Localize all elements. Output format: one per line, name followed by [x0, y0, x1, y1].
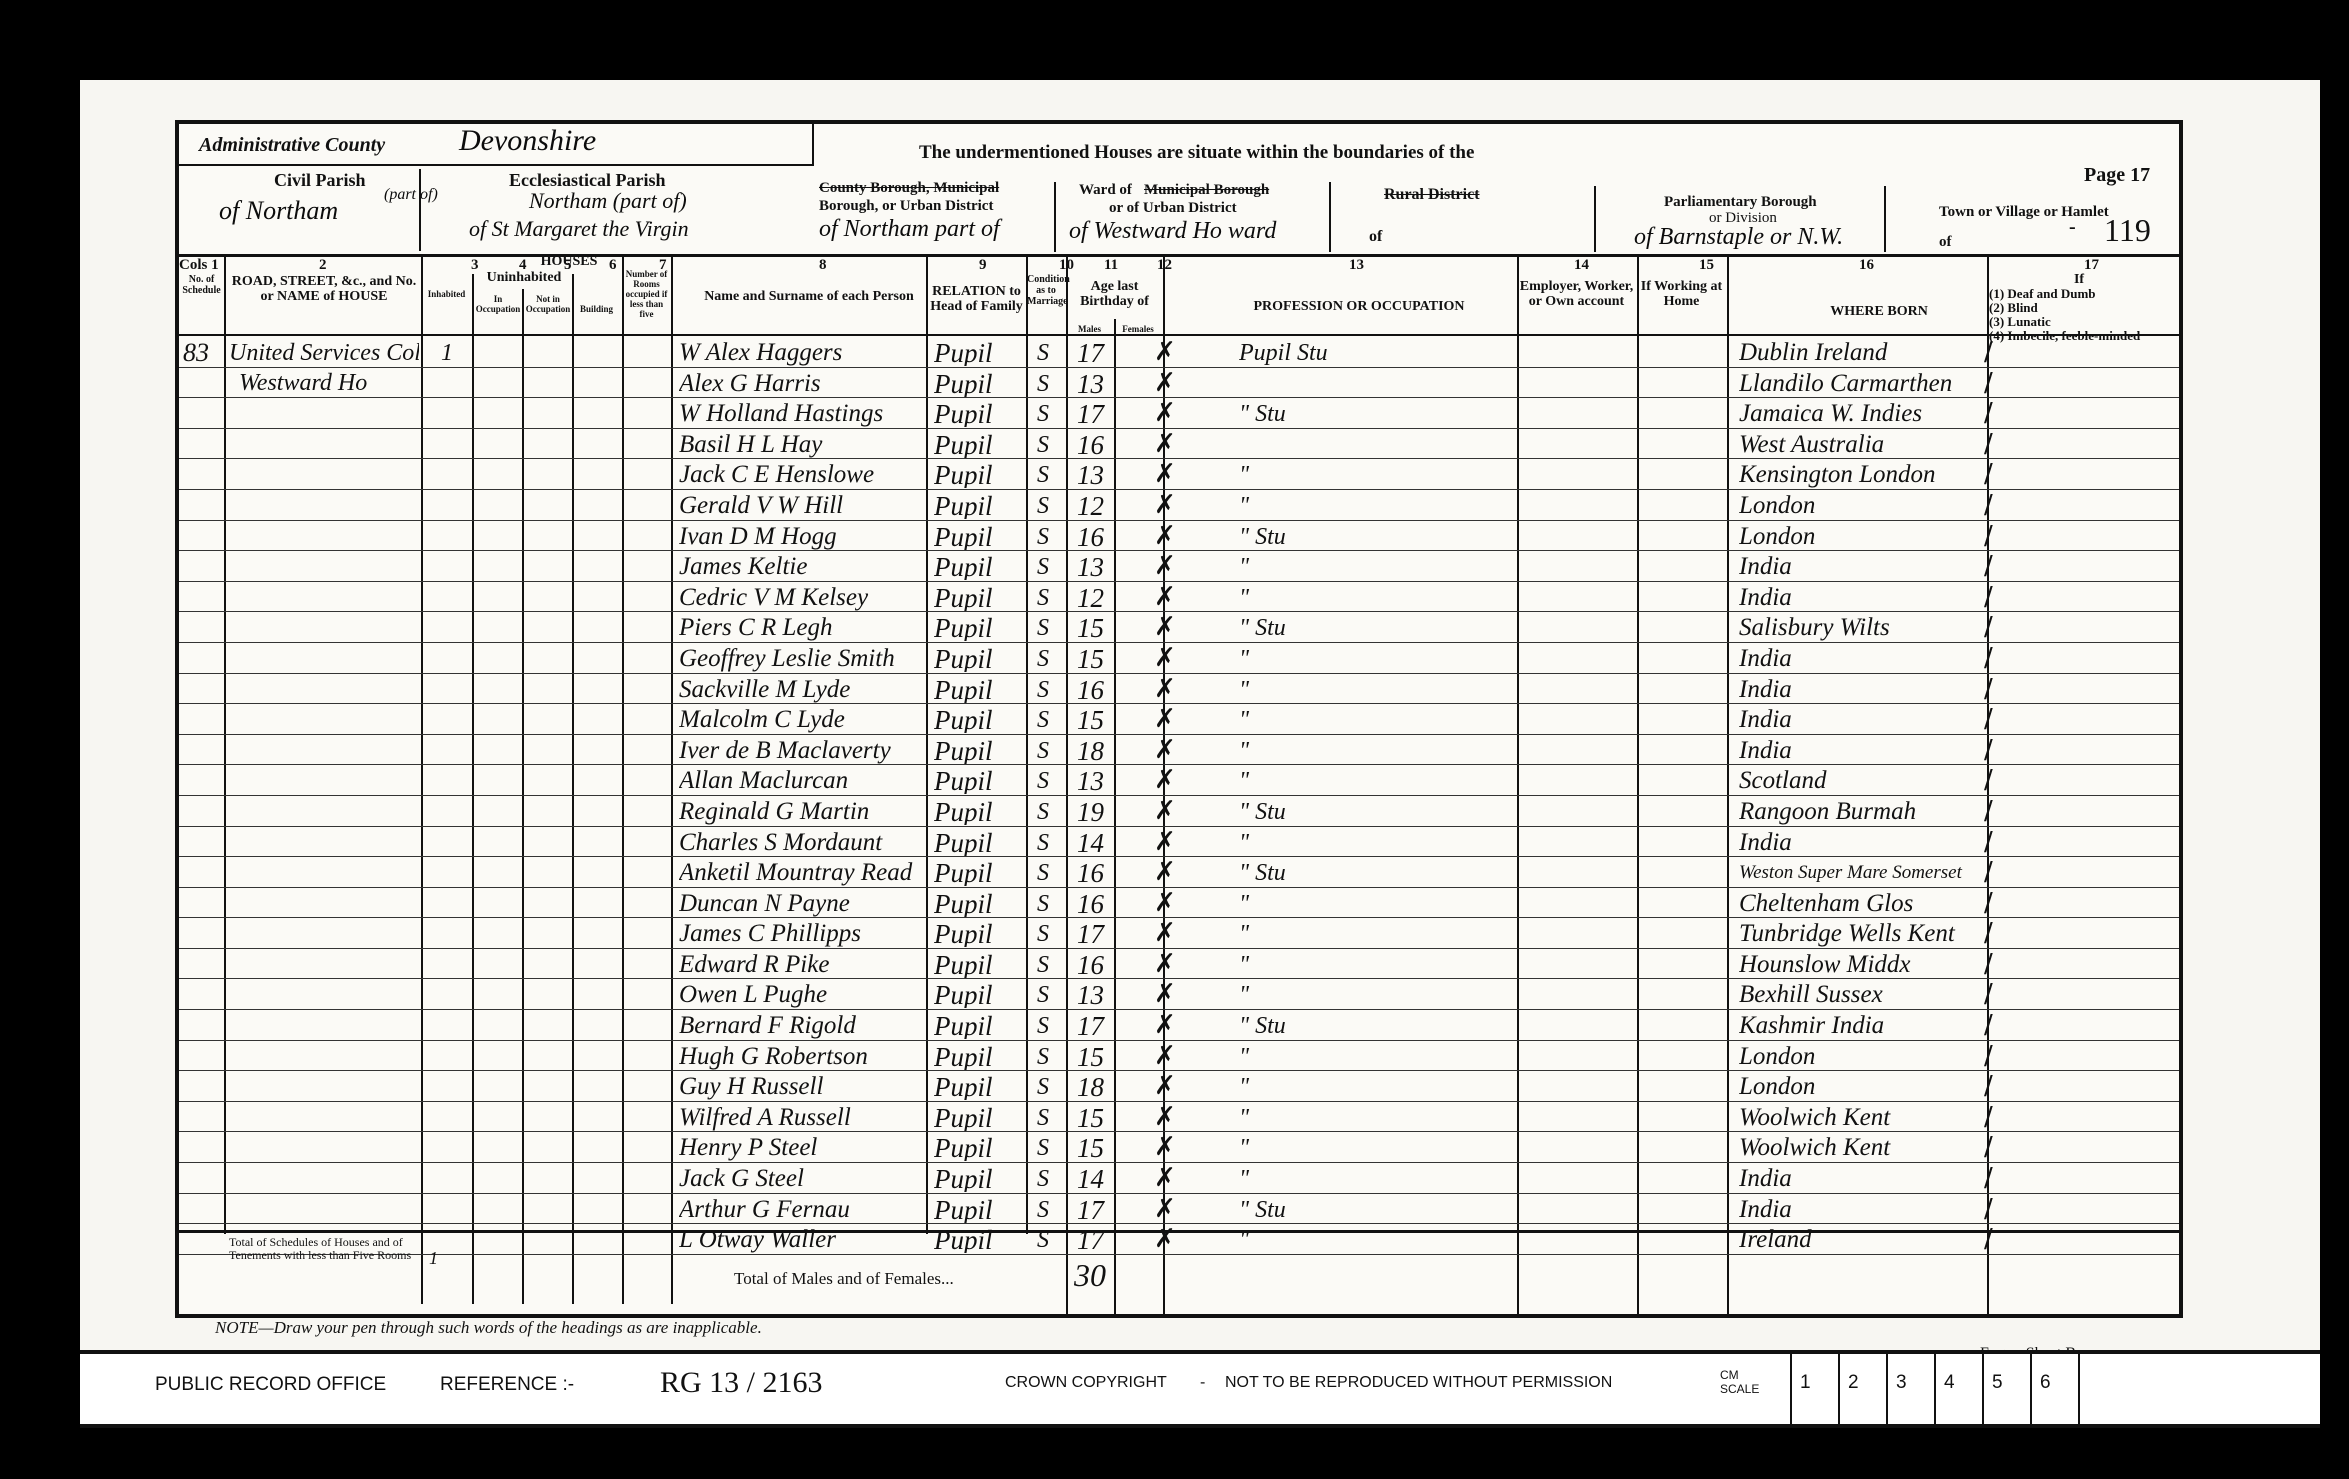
person-occupation: " Stu	[1239, 857, 1509, 886]
person-condition: S	[1037, 1041, 1065, 1070]
person-rows: W Alex HaggersPupilS17✗Pupil StuDublin I…	[179, 337, 2179, 1255]
separator: -	[1200, 1374, 1205, 1392]
admin-county-label: Administrative County	[199, 134, 385, 157]
checkmark-x-icon: ✗	[1154, 490, 1176, 519]
header-in-occupation: In Occupation	[474, 294, 522, 314]
col-number: 14	[1574, 257, 1589, 274]
person-occupation: "	[1239, 551, 1509, 580]
person-birthplace: Cheltenham Glos	[1739, 888, 1989, 917]
person-birthplace: London	[1739, 1071, 1989, 1100]
scale-mark: 3	[1886, 1354, 1934, 1424]
table-row: Allan MaclurcanPupilS13✗"Scotland/	[179, 765, 2179, 796]
town-label: Town or Village or Hamlet	[1939, 204, 2109, 221]
table-row: Jack G SteelPupilS14✗"India/	[179, 1163, 2179, 1194]
person-name: Basil H L Hay	[679, 429, 924, 458]
table-row: Geoffrey Leslie SmithPupilS15✗"India/	[179, 643, 2179, 674]
scale-end	[2078, 1354, 2138, 1424]
person-age-male: 18	[1077, 1071, 1113, 1100]
tick-icon: /	[1984, 918, 1993, 947]
person-occupation: "	[1239, 1071, 1509, 1100]
checkmark-x-icon: ✗	[1154, 1071, 1176, 1100]
tick-icon: /	[1984, 643, 1993, 672]
person-name: James Keltie	[679, 551, 924, 580]
census-form: Administrative County Devonshire The und…	[175, 120, 2183, 1318]
parliamentary-value: of Barnstaple or N.W.	[1634, 224, 1843, 251]
admin-county-value: Devonshire	[459, 124, 596, 158]
table-row: Sackville M LydePupilS16✗"India/	[179, 674, 2179, 705]
person-birthplace: India	[1739, 1163, 1989, 1192]
person-occupation: "	[1239, 827, 1509, 856]
person-age-male: 13	[1077, 765, 1113, 794]
header-age: Age last Birthday of	[1067, 279, 1162, 309]
ecclesiastical-parish-name: of St Margaret the Virgin	[469, 216, 689, 242]
person-relation: Pupil	[934, 735, 1024, 764]
person-birthplace: Kashmir India	[1739, 1010, 1989, 1039]
person-condition: S	[1037, 765, 1065, 794]
person-birthplace: Tunbridge Wells Kent	[1739, 918, 1989, 947]
county-borough-label: Borough, or Urban District	[819, 198, 993, 215]
person-occupation: "	[1239, 735, 1509, 764]
person-condition: S	[1037, 735, 1065, 764]
person-condition: S	[1037, 857, 1065, 886]
person-birthplace: Llandilo Carmarthen	[1739, 368, 1989, 397]
checkmark-x-icon: ✗	[1154, 582, 1176, 611]
person-relation: Pupil	[934, 1102, 1024, 1131]
checkmark-x-icon: ✗	[1154, 1194, 1176, 1223]
total-males-value: 30	[1074, 1259, 1106, 1299]
tick-icon: /	[1984, 1163, 1993, 1192]
header-houses: HOUSES	[479, 254, 659, 269]
person-birthplace: Weston Super Mare Somerset	[1739, 857, 1989, 886]
person-name: Charles S Mordaunt	[679, 827, 924, 856]
checkmark-x-icon: ✗	[1154, 979, 1176, 1008]
person-birthplace: India	[1739, 674, 1989, 703]
cm-scale: 1 2 3 4 5 6	[1790, 1354, 2138, 1424]
person-age-male: 16	[1077, 949, 1113, 978]
table-row: Alex G HarrisPupilS13✗Llandilo Carmarthe…	[179, 368, 2179, 399]
col-number: 2	[319, 257, 327, 274]
person-relation: Pupil	[934, 612, 1024, 641]
person-condition: S	[1037, 827, 1065, 856]
col-number: 15	[1699, 257, 1714, 274]
tick-icon: /	[1984, 368, 1993, 397]
tick-icon: /	[1984, 1194, 1993, 1223]
copyright-label: CROWN COPYRIGHT	[1005, 1374, 1167, 1392]
person-condition: S	[1037, 1194, 1065, 1223]
total-schedules-value: 1	[429, 1242, 438, 1271]
table-row: Ivan D M HoggPupilS16✗" StuLondon/	[179, 521, 2179, 552]
person-birthplace: India	[1739, 1194, 1989, 1223]
tick-icon: /	[1984, 674, 1993, 703]
tick-icon: /	[1984, 888, 1993, 917]
person-name: Henry P Steel	[679, 1132, 924, 1161]
checkmark-x-icon: ✗	[1154, 918, 1176, 947]
checkmark-x-icon: ✗	[1154, 398, 1176, 427]
person-relation: Pupil	[934, 337, 1024, 366]
table-row: L Otway WallerPupilS17✗"Ireland/	[179, 1224, 2179, 1255]
table-row: James C PhillippsPupilS17✗"Tunbridge Wel…	[179, 918, 2179, 949]
person-birthplace: Ireland	[1739, 1224, 1989, 1253]
divider	[419, 169, 421, 251]
person-condition: S	[1037, 704, 1065, 733]
header-rooms: Number of Rooms occupied if less than fi…	[624, 269, 669, 319]
person-age-male: 16	[1077, 521, 1113, 550]
person-occupation: " Stu	[1239, 398, 1509, 427]
checkmark-x-icon: ✗	[1154, 459, 1176, 488]
person-age-male: 19	[1077, 796, 1113, 825]
person-name: Arthur G Fernau	[679, 1194, 924, 1223]
infirmity-option: (3) Lunatic	[1989, 315, 2169, 329]
person-age-male: 12	[1077, 490, 1113, 519]
person-birthplace: Kensington London	[1739, 459, 1989, 488]
table-row: Iver de B MaclavertyPupilS18✗"India/	[179, 735, 2179, 766]
reference-label: REFERENCE :-	[440, 1374, 574, 1396]
person-name: Owen L Pughe	[679, 979, 924, 1008]
ward-label-struck: Municipal Borough	[1144, 182, 1269, 199]
checkmark-x-icon: ✗	[1154, 949, 1176, 978]
scale-mark: 1	[1790, 1354, 1838, 1424]
person-occupation: "	[1239, 1163, 1509, 1192]
tick-icon: /	[1984, 1041, 1993, 1070]
divider	[812, 124, 814, 166]
person-condition: S	[1037, 490, 1065, 519]
person-condition: S	[1037, 582, 1065, 611]
person-condition: S	[1037, 1010, 1065, 1039]
person-name: Anketil Mountray Read	[679, 857, 924, 886]
person-relation: Pupil	[934, 1163, 1024, 1192]
parliamentary-label: Parliamentary Borough	[1664, 194, 1817, 211]
table-row: Charles S MordauntPupilS14✗"India/	[179, 827, 2179, 858]
checkmark-x-icon: ✗	[1154, 1224, 1176, 1253]
person-condition: S	[1037, 337, 1065, 366]
town-value: of	[1939, 234, 1952, 251]
header-where-born: WHERE BORN	[1729, 304, 2029, 319]
tick-icon: /	[1984, 796, 1993, 825]
person-occupation: "	[1239, 979, 1509, 1008]
person-age-male: 17	[1077, 1194, 1113, 1223]
person-birthplace: London	[1739, 490, 1989, 519]
header-condition: Condition as to Marriage	[1027, 274, 1065, 307]
table-row: Malcolm C LydePupilS15✗"India/	[179, 704, 2179, 735]
tick-icon: /	[1984, 429, 1993, 458]
rural-district-value: of	[1369, 228, 1382, 246]
person-relation: Pupil	[934, 1041, 1024, 1070]
person-name: Sackville M Lyde	[679, 674, 924, 703]
table-row: Henry P SteelPupilS15✗"Woolwich Kent/	[179, 1132, 2179, 1163]
person-occupation: "	[1239, 888, 1509, 917]
tick-icon: /	[1984, 827, 1993, 856]
checkmark-x-icon: ✗	[1154, 735, 1176, 764]
county-borough-label-struck: County Borough, Municipal	[819, 180, 999, 197]
civil-parish-note: (part of)	[384, 186, 438, 204]
tick-icon: /	[1984, 1010, 1993, 1039]
person-birthplace: London	[1739, 1041, 1989, 1070]
table-row: Jack C E HenslowePupilS13✗"Kensington Lo…	[179, 459, 2179, 490]
header-building: Building	[574, 304, 619, 314]
divider	[179, 1230, 2179, 1233]
scale-mark: 6	[2030, 1354, 2078, 1424]
person-name: W Holland Hastings	[679, 398, 924, 427]
person-condition: S	[1037, 521, 1065, 550]
table-row: James KeltiePupilS13✗"India/	[179, 551, 2179, 582]
tick-icon: /	[1984, 735, 1993, 764]
person-occupation: "	[1239, 1041, 1509, 1070]
person-age-male: 14	[1077, 827, 1113, 856]
tick-icon: /	[1984, 949, 1993, 978]
tick-icon: /	[1984, 1071, 1993, 1100]
person-name: Reginald G Martin	[679, 796, 924, 825]
col-number: 9	[979, 257, 987, 274]
person-condition: S	[1037, 888, 1065, 917]
person-birthplace: Scotland	[1739, 765, 1989, 794]
person-condition: S	[1037, 674, 1065, 703]
person-occupation: " Stu	[1239, 1194, 1509, 1223]
person-occupation: "	[1239, 582, 1509, 611]
person-age-male: 17	[1077, 1224, 1113, 1253]
person-occupation: " Stu	[1239, 521, 1509, 550]
header-schedule-no: No. of Schedule	[179, 274, 224, 296]
divider	[179, 334, 2179, 336]
table-row: Gerald V W HillPupilS12✗"London/	[179, 490, 2179, 521]
tick-icon: /	[1984, 551, 1993, 580]
person-occupation	[1239, 368, 1509, 397]
person-condition: S	[1037, 979, 1065, 1008]
person-occupation: Pupil Stu	[1239, 337, 1509, 366]
person-birthplace: India	[1739, 704, 1989, 733]
table-row: Duncan N PaynePupilS16✗"Cheltenham Glos/	[179, 888, 2179, 919]
person-condition: S	[1037, 918, 1065, 947]
person-relation: Pupil	[934, 704, 1024, 733]
person-occupation: " Stu	[1239, 1010, 1509, 1039]
checkmark-x-icon: ✗	[1154, 796, 1176, 825]
person-age-male: 17	[1077, 918, 1113, 947]
person-name: Cedric V M Kelsey	[679, 582, 924, 611]
checkmark-x-icon: ✗	[1154, 827, 1176, 856]
table-row: Wilfred A RussellPupilS15✗"Woolwich Kent…	[179, 1102, 2179, 1133]
tick-icon: /	[1984, 979, 1993, 1008]
person-name: Edward R Pike	[679, 949, 924, 978]
town-dash: -	[2069, 216, 2076, 239]
col-number: Cols 1	[179, 257, 219, 274]
table-row: Owen L PughePupilS13✗"Bexhill Sussex/	[179, 979, 2179, 1010]
header-road-street: ROAD, STREET, &c., and No. or NAME of HO…	[229, 274, 419, 304]
checkmark-x-icon: ✗	[1154, 521, 1176, 550]
divider	[179, 164, 814, 166]
person-condition: S	[1037, 551, 1065, 580]
person-relation: Pupil	[934, 918, 1024, 947]
person-relation: Pupil	[934, 1071, 1024, 1100]
tick-icon: /	[1984, 612, 1993, 641]
person-age-male: 13	[1077, 551, 1113, 580]
person-relation: Pupil	[934, 398, 1024, 427]
person-age-male: 16	[1077, 888, 1113, 917]
person-occupation: "	[1239, 490, 1509, 519]
person-relation: Pupil	[934, 857, 1024, 886]
person-birthplace: Rangoon Burmah	[1739, 796, 1989, 825]
person-name: Jack C E Henslowe	[679, 459, 924, 488]
person-name: W Alex Haggers	[679, 337, 924, 366]
tick-icon: /	[1984, 1102, 1993, 1131]
person-birthplace: India	[1739, 582, 1989, 611]
tick-icon: /	[1984, 765, 1993, 794]
person-birthplace: India	[1739, 551, 1989, 580]
table-row: W Alex HaggersPupilS17✗Pupil StuDublin I…	[179, 337, 2179, 368]
person-occupation: "	[1239, 643, 1509, 672]
permission-label: NOT TO BE REPRODUCED WITHOUT PERMISSION	[1225, 1374, 1612, 1392]
archive-footer: PUBLIC RECORD OFFICE REFERENCE :- RG 13 …	[80, 1350, 2320, 1428]
checkmark-x-icon: ✗	[1154, 429, 1176, 458]
checkmark-x-icon: ✗	[1154, 1132, 1176, 1161]
table-row: Bernard F RigoldPupilS17✗" StuKashmir In…	[179, 1010, 2179, 1041]
person-condition: S	[1037, 796, 1065, 825]
person-occupation	[1239, 429, 1509, 458]
reference-value: RG 13 / 2163	[660, 1366, 823, 1400]
person-birthplace: Jamaica W. Indies	[1739, 398, 1989, 427]
header-employer: Employer, Worker, or Own account	[1519, 279, 1634, 309]
person-occupation: "	[1239, 949, 1509, 978]
intro-text: The undermentioned Houses are situate wi…	[919, 142, 1474, 164]
checkmark-x-icon: ✗	[1154, 857, 1176, 886]
person-name: L Otway Waller	[679, 1224, 924, 1253]
header-infirmity-title: If	[1989, 272, 2169, 287]
scale-mark: 2	[1838, 1354, 1886, 1424]
person-occupation: "	[1239, 704, 1509, 733]
checkmark-x-icon: ✗	[1154, 1010, 1176, 1039]
person-age-male: 16	[1077, 674, 1113, 703]
person-relation: Pupil	[934, 765, 1024, 794]
person-condition: S	[1037, 429, 1065, 458]
person-relation: Pupil	[934, 582, 1024, 611]
county-borough-value: of Northam part of	[819, 216, 1000, 243]
person-birthplace: Bexhill Sussex	[1739, 979, 1989, 1008]
checkmark-x-icon: ✗	[1154, 1163, 1176, 1192]
person-name: Gerald V W Hill	[679, 490, 924, 519]
person-age-male: 15	[1077, 704, 1113, 733]
person-relation: Pupil	[934, 827, 1024, 856]
col-number: 8	[819, 257, 827, 274]
person-occupation: " Stu	[1239, 612, 1509, 641]
person-occupation: "	[1239, 1132, 1509, 1161]
person-occupation: "	[1239, 674, 1509, 703]
civil-parish-label: Civil Parish	[274, 170, 366, 191]
table-row: Basil H L HayPupilS16✗West Australia/	[179, 429, 2179, 460]
table-row: Guy H RussellPupilS18✗"London/	[179, 1071, 2179, 1102]
table-row: Piers C R LeghPupilS15✗" StuSalisbury Wi…	[179, 612, 2179, 643]
tick-icon: /	[1984, 1132, 1993, 1161]
person-relation: Pupil	[934, 643, 1024, 672]
person-name: Jack G Steel	[679, 1163, 924, 1192]
divider	[1884, 186, 1886, 252]
person-age-male: 13	[1077, 459, 1113, 488]
person-age-male: 14	[1077, 1163, 1113, 1192]
scale-mark: 4	[1934, 1354, 1982, 1424]
person-age-male: 15	[1077, 1041, 1113, 1070]
tick-icon: /	[1984, 1224, 1993, 1253]
person-relation: Pupil	[934, 551, 1024, 580]
person-birthplace: Salisbury Wilts	[1739, 612, 1989, 641]
person-birthplace: London	[1739, 521, 1989, 550]
person-birthplace: Woolwich Kent	[1739, 1102, 1989, 1131]
person-relation: Pupil	[934, 490, 1024, 519]
checkmark-x-icon: ✗	[1154, 765, 1176, 794]
divider	[1329, 182, 1331, 252]
total-schedules-label: Total of Schedules of Houses and of Tene…	[229, 1236, 414, 1262]
divider	[1054, 182, 1056, 252]
person-relation: Pupil	[934, 368, 1024, 397]
person-relation: Pupil	[934, 979, 1024, 1008]
person-name: James C Phillipps	[679, 918, 924, 947]
tick-icon: /	[1984, 521, 1993, 550]
ward-label: or of Urban District	[1109, 200, 1237, 217]
tick-icon: /	[1984, 704, 1993, 733]
person-birthplace: India	[1739, 643, 1989, 672]
header-working-home: If Working at Home	[1639, 279, 1724, 309]
person-name: Iver de B Maclaverty	[679, 735, 924, 764]
col-number: 11	[1104, 257, 1118, 274]
person-relation: Pupil	[934, 1132, 1024, 1161]
header-uninhabited: Uninhabited	[474, 270, 574, 285]
person-name: Wilfred A Russell	[679, 1102, 924, 1131]
person-relation: Pupil	[934, 1010, 1024, 1039]
checkmark-x-icon: ✗	[1154, 551, 1176, 580]
person-relation: Pupil	[934, 888, 1024, 917]
person-condition: S	[1037, 949, 1065, 978]
total-males-females-label: Total of Males and of Females...	[734, 1269, 954, 1289]
header-relation: RELATION to Head of Family	[929, 284, 1024, 314]
person-name: Guy H Russell	[679, 1071, 924, 1100]
tick-icon: /	[1984, 398, 1993, 427]
person-age-male: 12	[1077, 582, 1113, 611]
person-relation: Pupil	[934, 1224, 1024, 1253]
person-relation: Pupil	[934, 459, 1024, 488]
person-name: Hugh G Robertson	[679, 1041, 924, 1070]
person-age-male: 13	[1077, 368, 1113, 397]
table-row: W Holland HastingsPupilS17✗" StuJamaica …	[179, 398, 2179, 429]
divider	[1594, 186, 1596, 252]
person-age-male: 15	[1077, 612, 1113, 641]
header-not-in-occupation: Not in Occupation	[524, 294, 572, 314]
person-name: Bernard F Rigold	[679, 1010, 924, 1039]
checkmark-x-icon: ✗	[1154, 704, 1176, 733]
person-condition: S	[1037, 1132, 1065, 1161]
person-age-male: 16	[1077, 429, 1113, 458]
person-condition: S	[1037, 1163, 1065, 1192]
ward-value: of Westward Ho ward	[1069, 218, 1276, 245]
person-birthplace: Hounslow Middx	[1739, 949, 1989, 978]
folio-number: 119	[2104, 212, 2151, 249]
person-birthplace: India	[1739, 827, 1989, 856]
person-age-male: 15	[1077, 1132, 1113, 1161]
person-occupation: "	[1239, 765, 1509, 794]
person-relation: Pupil	[934, 949, 1024, 978]
person-age-male: 17	[1077, 398, 1113, 427]
table-row: Anketil Mountray ReadPupilS16✗" StuWesto…	[179, 857, 2179, 888]
ecclesiastical-parish-value: Northam (part of)	[529, 188, 687, 214]
person-relation: Pupil	[934, 674, 1024, 703]
checkmark-x-icon: ✗	[1154, 643, 1176, 672]
person-name: Piers C R Legh	[679, 612, 924, 641]
col-number: 13	[1349, 257, 1364, 274]
page-number: Page 17	[2084, 164, 2150, 187]
person-birthplace: Dublin Ireland	[1739, 337, 1989, 366]
person-condition: S	[1037, 459, 1065, 488]
scale-label: CM SCALE	[1720, 1368, 1765, 1396]
person-name: Duncan N Payne	[679, 888, 924, 917]
person-occupation: "	[1239, 1224, 1509, 1253]
scale-mark: 5	[1982, 1354, 2030, 1424]
person-age-male: 15	[1077, 1102, 1113, 1131]
instruction-note: NOTE—Draw your pen through such words of…	[215, 1318, 762, 1338]
